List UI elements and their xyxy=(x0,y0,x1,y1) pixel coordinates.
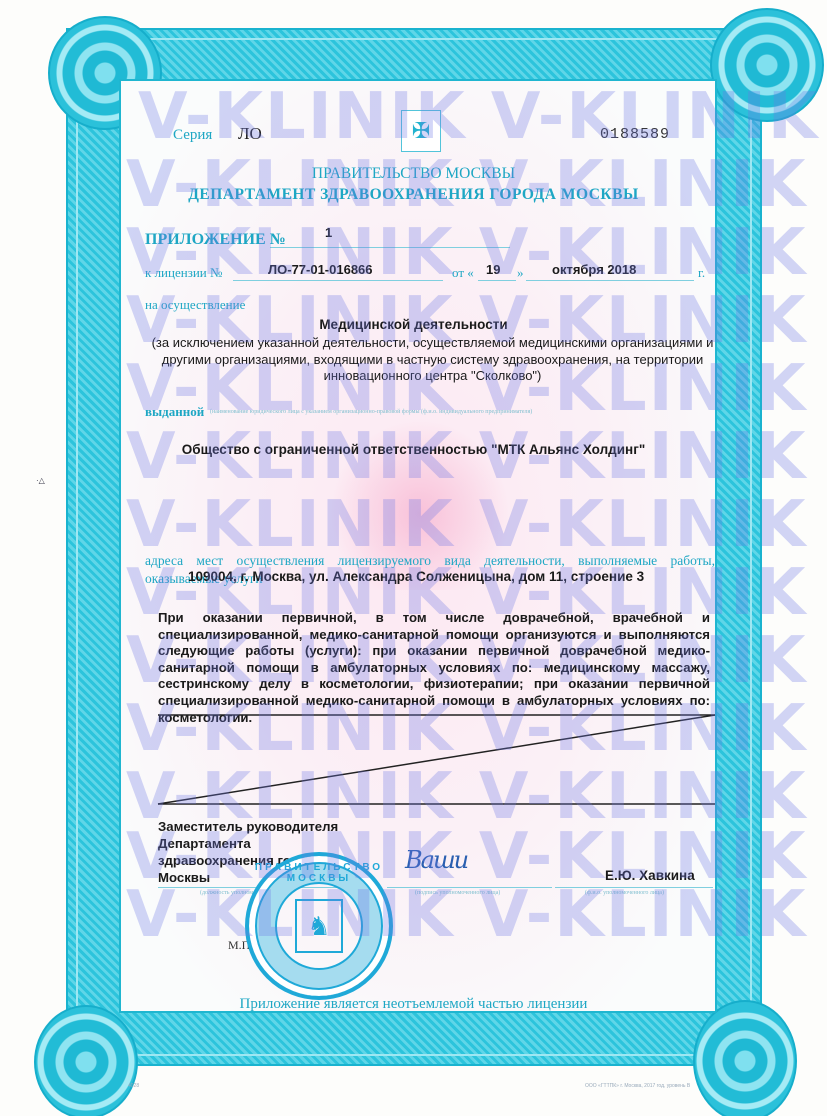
saint-george-icon: ♞ xyxy=(295,899,343,953)
official-stamp: ПРАВИТЕЛЬСТВО МОСКВЫ ♞ xyxy=(245,852,393,1000)
strike-lines xyxy=(150,700,720,810)
serial-number: 0188589 xyxy=(600,126,670,143)
corner-rosette-icon xyxy=(34,1005,138,1116)
signature: Ваши xyxy=(405,846,467,874)
corner-rosette-icon xyxy=(710,8,824,122)
print-code-right: ООО «ГТТПК» г. Москва, 2017 год, уровень… xyxy=(585,1083,690,1089)
series-label: Серия xyxy=(173,127,212,144)
year-suffix: г. xyxy=(698,265,705,281)
signer-name: Е.Ю. Хавкина xyxy=(605,868,695,883)
issued-hint: (наименование юридического лица с указан… xyxy=(210,409,720,415)
address: 109004, г. Москва, ул. Александра Солжен… xyxy=(188,569,644,584)
license-number: ЛО-77-01-016866 xyxy=(268,262,373,277)
from-label: от « xyxy=(452,265,474,281)
date-day: 19 xyxy=(486,262,500,277)
license-label: к лицензии № xyxy=(145,265,222,281)
activity-note: (за исключением указанной деятельности, … xyxy=(150,335,715,385)
issued-label: выданной xyxy=(145,404,204,420)
hint-signature: (подпись уполномоченного лица) xyxy=(415,890,500,896)
organization-name: Общество с ограниченной ответственностью… xyxy=(0,442,827,457)
appendix-label: ПРИЛОЖЕНИЕ № xyxy=(145,231,286,249)
quote-close: » xyxy=(517,265,524,281)
print-code-left: 4028 xyxy=(128,1083,139,1089)
speck: ·△ xyxy=(36,476,45,485)
appendix-number: 1 xyxy=(325,225,332,240)
activity-label: на осуществление xyxy=(145,297,245,313)
hint-name: (ф.и.о. уполномоченного лица) xyxy=(585,890,664,896)
gov-line2: ДЕПАРТАМЕНТ ЗДРАВООХРАНЕНИЯ ГОРОДА МОСКВ… xyxy=(0,186,827,204)
russian-coat-of-arms-icon: ✠ xyxy=(401,110,441,152)
corner-rosette-icon xyxy=(693,1000,797,1116)
date-month-year: октября 2018 xyxy=(552,262,636,277)
footer-note: Приложение является неотъемлемой частью … xyxy=(0,996,827,1013)
activity-title: Медицинской деятельности xyxy=(0,317,827,332)
series-value: ЛО xyxy=(238,124,262,144)
gov-line1: ПРАВИТЕЛЬСТВО МОСКВЫ xyxy=(0,165,827,183)
